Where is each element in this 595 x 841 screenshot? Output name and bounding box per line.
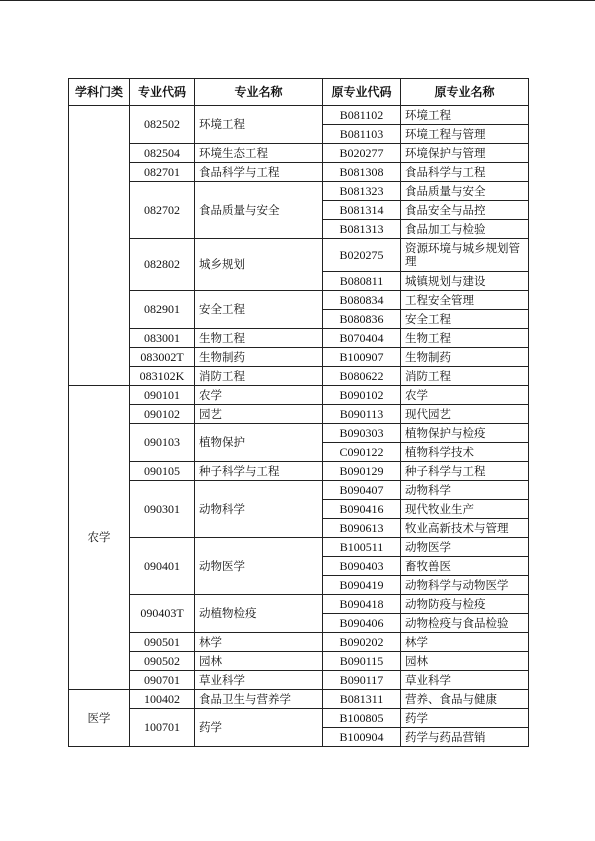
old-name-cell: 环境保护与管理	[401, 144, 529, 163]
table-body: 082502环境工程B081102环境工程B081103环境工程与管理08250…	[69, 106, 529, 747]
old-name-cell: 植物保护与检疫	[401, 424, 529, 443]
major-name-cell: 林学	[195, 633, 323, 652]
header-category: 学科门类	[69, 79, 130, 106]
table-row: 082702食品质量与安全B081323食品质量与安全	[69, 182, 529, 201]
major-name-cell: 生物工程	[195, 329, 323, 348]
major-code-cell: 090502	[130, 652, 195, 671]
major-name-cell: 食品科学与工程	[195, 163, 323, 182]
old-code-cell: B090202	[323, 633, 401, 652]
major-name-cell: 种子科学与工程	[195, 462, 323, 481]
major-code-cell: 083002T	[130, 348, 195, 367]
header-old-code: 原专业代码	[323, 79, 401, 106]
table-row: 090403T动植物检疫B090418动物防疫与检疫	[69, 595, 529, 614]
old-name-cell: 食品加工与检验	[401, 220, 529, 239]
major-code-cell: 082504	[130, 144, 195, 163]
major-code-cell: 090105	[130, 462, 195, 481]
table-row: 090102园艺B090113现代园艺	[69, 405, 529, 424]
old-name-cell: 生物制药	[401, 348, 529, 367]
old-name-cell: 营养、食品与健康	[401, 690, 529, 709]
old-name-cell: 工程安全管理	[401, 291, 529, 310]
old-code-cell: B100904	[323, 728, 401, 747]
old-code-cell: B090416	[323, 500, 401, 519]
major-name-cell: 农学	[195, 386, 323, 405]
major-code-cell: 082702	[130, 182, 195, 239]
old-code-cell: B090407	[323, 481, 401, 500]
old-code-cell: B080836	[323, 310, 401, 329]
header-major-name: 专业名称	[195, 79, 323, 106]
major-code-cell: 090501	[130, 633, 195, 652]
old-name-cell: 动物检疫与食品检验	[401, 614, 529, 633]
old-code-cell: B081308	[323, 163, 401, 182]
old-name-cell: 草业科学	[401, 671, 529, 690]
old-code-cell: B090403	[323, 557, 401, 576]
major-name-cell: 植物保护	[195, 424, 323, 462]
table-row: 083001生物工程B070404生物工程	[69, 329, 529, 348]
major-name-cell: 园艺	[195, 405, 323, 424]
major-name-cell: 动物科学	[195, 481, 323, 538]
old-name-cell: 种子科学与工程	[401, 462, 529, 481]
category-cell: 农学	[69, 386, 130, 690]
major-name-cell: 安全工程	[195, 291, 323, 329]
old-code-cell: B070404	[323, 329, 401, 348]
header-major-code: 专业代码	[130, 79, 195, 106]
old-name-cell: 安全工程	[401, 310, 529, 329]
old-name-cell: 食品安全与品控	[401, 201, 529, 220]
old-code-cell: B090303	[323, 424, 401, 443]
major-code-cell: 090401	[130, 538, 195, 595]
old-name-cell: 资源环境与城乡规划管理	[401, 239, 529, 272]
major-code-cell: 083001	[130, 329, 195, 348]
old-code-cell: B081311	[323, 690, 401, 709]
major-name-cell: 环境生态工程	[195, 144, 323, 163]
table-row: 082802城乡规划B020275资源环境与城乡规划管理	[69, 239, 529, 272]
old-code-cell: B090115	[323, 652, 401, 671]
old-name-cell: 动物防疫与检疫	[401, 595, 529, 614]
old-name-cell: 动物科学与动物医学	[401, 576, 529, 595]
old-name-cell: 园林	[401, 652, 529, 671]
table-row: 090502园林B090115园林	[69, 652, 529, 671]
major-code-cell: 100701	[130, 709, 195, 747]
old-name-cell: 牧业高新技术与管理	[401, 519, 529, 538]
old-name-cell: 消防工程	[401, 367, 529, 386]
category-cell: 医学	[69, 690, 130, 747]
old-code-cell: B090406	[323, 614, 401, 633]
old-name-cell: 畜牧兽医	[401, 557, 529, 576]
table-row: 082901安全工程B080834工程安全管理	[69, 291, 529, 310]
old-name-cell: 城镇规划与建设	[401, 272, 529, 291]
major-name-cell: 动物医学	[195, 538, 323, 595]
table-row: 083002T生物制药B100907生物制药	[69, 348, 529, 367]
old-code-cell: B020275	[323, 239, 401, 272]
table-row: 090701草业科学B090117草业科学	[69, 671, 529, 690]
major-code-cell: 090701	[130, 671, 195, 690]
major-name-cell: 草业科学	[195, 671, 323, 690]
old-name-cell: 现代牧业生产	[401, 500, 529, 519]
old-code-cell: B081102	[323, 106, 401, 125]
old-name-cell: 环境工程	[401, 106, 529, 125]
major-name-cell: 消防工程	[195, 367, 323, 386]
old-code-cell: B090117	[323, 671, 401, 690]
old-code-cell: B081103	[323, 125, 401, 144]
old-name-cell: 食品质量与安全	[401, 182, 529, 201]
major-name-cell: 药学	[195, 709, 323, 747]
old-code-cell: B090102	[323, 386, 401, 405]
major-code-cell: 082701	[130, 163, 195, 182]
old-code-cell: B090113	[323, 405, 401, 424]
old-name-cell: 药学与药品营销	[401, 728, 529, 747]
table-header-row: 学科门类 专业代码 专业名称 原专业代码 原专业名称	[69, 79, 529, 106]
major-name-cell: 园林	[195, 652, 323, 671]
table-row: 医学100402食品卫生与营养学B081311营养、食品与健康	[69, 690, 529, 709]
old-name-cell: 现代园艺	[401, 405, 529, 424]
major-code-cell: 090403T	[130, 595, 195, 633]
table-row: 082504环境生态工程B020277环境保护与管理	[69, 144, 529, 163]
page-top-rule	[0, 0, 595, 1]
old-code-cell: B090418	[323, 595, 401, 614]
table-row: 082701食品科学与工程B081308食品科学与工程	[69, 163, 529, 182]
major-name-cell: 环境工程	[195, 106, 323, 144]
old-name-cell: 动物科学	[401, 481, 529, 500]
old-code-cell: B081323	[323, 182, 401, 201]
major-name-cell: 生物制药	[195, 348, 323, 367]
major-name-cell: 食品卫生与营养学	[195, 690, 323, 709]
major-name-cell: 城乡规划	[195, 239, 323, 291]
old-code-cell: B081314	[323, 201, 401, 220]
old-code-cell: B100805	[323, 709, 401, 728]
major-mapping-table: 学科门类 专业代码 专业名称 原专业代码 原专业名称 082502环境工程B08…	[68, 78, 529, 747]
old-name-cell: 药学	[401, 709, 529, 728]
table-row: 农学090101农学B090102农学	[69, 386, 529, 405]
table-row: 090105种子科学与工程B090129种子科学与工程	[69, 462, 529, 481]
old-name-cell: 农学	[401, 386, 529, 405]
old-code-cell: B090613	[323, 519, 401, 538]
table-row: 082502环境工程B081102环境工程	[69, 106, 529, 125]
old-code-cell: B100907	[323, 348, 401, 367]
major-code-cell: 082901	[130, 291, 195, 329]
major-name-cell: 食品质量与安全	[195, 182, 323, 239]
major-code-cell: 090102	[130, 405, 195, 424]
old-name-cell: 林学	[401, 633, 529, 652]
old-name-cell: 生物工程	[401, 329, 529, 348]
table-row: 090103植物保护B090303植物保护与检疫	[69, 424, 529, 443]
old-code-cell: B100511	[323, 538, 401, 557]
major-name-cell: 动植物检疫	[195, 595, 323, 633]
major-code-cell: 100402	[130, 690, 195, 709]
old-name-cell: 环境工程与管理	[401, 125, 529, 144]
major-code-cell: 090301	[130, 481, 195, 538]
major-code-cell: 082802	[130, 239, 195, 291]
table-row: 090301动物科学B090407动物科学	[69, 481, 529, 500]
old-code-cell: B090419	[323, 576, 401, 595]
old-code-cell: B080811	[323, 272, 401, 291]
old-name-cell: 食品科学与工程	[401, 163, 529, 182]
old-name-cell: 动物医学	[401, 538, 529, 557]
old-code-cell: B020277	[323, 144, 401, 163]
major-code-cell: 090103	[130, 424, 195, 462]
major-code-cell: 082502	[130, 106, 195, 144]
old-code-cell: B081313	[323, 220, 401, 239]
old-code-cell: B080834	[323, 291, 401, 310]
table-row: 100701药学B100805药学	[69, 709, 529, 728]
old-name-cell: 植物科学技术	[401, 443, 529, 462]
major-code-cell: 090101	[130, 386, 195, 405]
old-code-cell: B080622	[323, 367, 401, 386]
header-old-name: 原专业名称	[401, 79, 529, 106]
old-code-cell: B090129	[323, 462, 401, 481]
table-row: 090401动物医学B100511动物医学	[69, 538, 529, 557]
table-row: 083102K消防工程B080622消防工程	[69, 367, 529, 386]
old-code-cell: C090122	[323, 443, 401, 462]
category-cell	[69, 106, 130, 386]
major-code-cell: 083102K	[130, 367, 195, 386]
table-row: 090501林学B090202林学	[69, 633, 529, 652]
